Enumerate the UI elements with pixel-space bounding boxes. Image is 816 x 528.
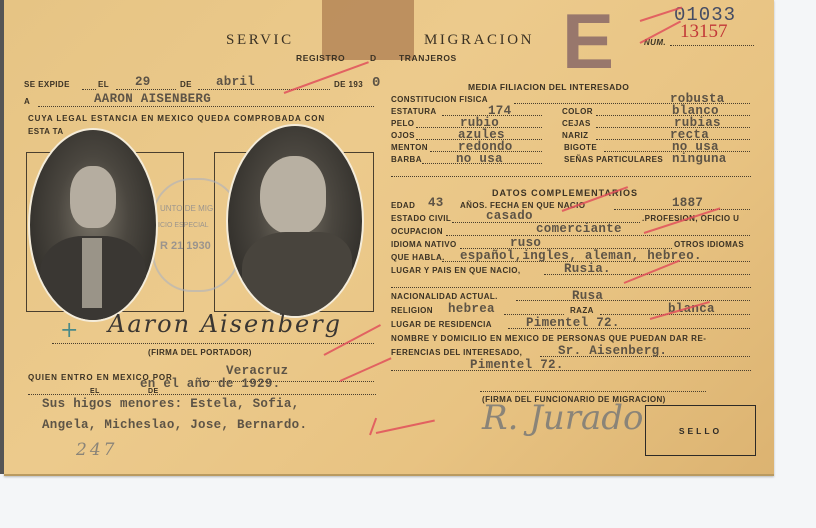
- constitucion-label: CONSTITUCION FISICA: [391, 95, 488, 104]
- nacio-value: 1887: [672, 196, 703, 210]
- holder-signature: Aaron Aisenberg: [108, 310, 342, 338]
- color-label: COLOR: [562, 107, 593, 116]
- de-label: DE: [180, 80, 192, 89]
- tape-patch: [322, 0, 414, 60]
- bigote-label: BIGOTE: [564, 143, 597, 152]
- immigration-registration-card: SERVIC MIGRACION REGISTRO D TRANJEROS E …: [4, 0, 774, 476]
- edad-value: 43: [428, 196, 444, 210]
- cejas-label: CEJAS: [562, 119, 591, 128]
- children-line-2: Angela, Micheslao, Jose, Bernardo.: [42, 418, 307, 432]
- nacionalidad-label: NACIONALIDAD ACTUAL.: [391, 292, 498, 301]
- a-label: A: [24, 97, 30, 106]
- referencia-nombre: Sr. Aisenberg.: [558, 344, 667, 358]
- raza-value: blanca: [668, 302, 715, 316]
- referencias-label-1: NOMBRE Y DOMICILIO EN MEXICO DE PERSONAS…: [391, 334, 706, 343]
- issue-year-digit: 0: [372, 75, 381, 91]
- referencia-domicilio: Pimentel 72.: [470, 358, 564, 372]
- entry-date: en el año de 1929.: [140, 377, 280, 391]
- year-label: DE 193: [334, 80, 363, 89]
- card-title-right: MIGRACION: [424, 32, 534, 49]
- religion-label: RELIGION: [391, 306, 433, 315]
- se-expide-label: SE EXPIDE: [24, 80, 70, 89]
- barba-value: no usa: [456, 152, 503, 166]
- residencia-value: Pimentel 72.: [526, 316, 620, 330]
- card-subtitle-left: REGISTRO: [296, 53, 345, 63]
- que-habla-label: QUE HABLA.: [391, 253, 445, 262]
- lugar-nacio-value: Rusia.: [564, 262, 611, 276]
- holder-name: AARON AISENBERG: [94, 92, 211, 106]
- pelo-label: PELO: [391, 119, 414, 128]
- el-label: EL: [98, 80, 109, 89]
- issue-month: abril: [216, 75, 255, 89]
- edad-label: EDAD: [391, 201, 415, 210]
- estado-civil-label: ESTADO CIVIL: [391, 214, 451, 223]
- idioma-nativo-value: ruso: [510, 236, 541, 250]
- nacionalidad-value: Rusa: [572, 289, 603, 303]
- card-subtitle-mid: D: [370, 53, 377, 63]
- otros-idiomas-label: OTROS IDIOMAS: [674, 240, 744, 249]
- ocupacion-value: comerciante: [536, 222, 622, 236]
- referencias-label-2: FERENCIAS DEL INTERESADO,: [391, 348, 522, 357]
- religion-value: hebrea: [448, 302, 495, 316]
- estado-civil-value: casado: [486, 209, 533, 223]
- pencil-file-number: 247: [76, 440, 117, 460]
- senas-value: ninguna: [672, 152, 727, 166]
- media-filiacion-heading: MEDIA FILIACION DEL INTERESADO: [468, 82, 629, 92]
- residencia-label: LUGAR DE RESIDENCIA: [391, 320, 492, 329]
- photo-profile-portrait: [226, 124, 364, 318]
- senas-label: SEÑAS PARTICULARES: [564, 155, 663, 164]
- esta-tarjeta-text: ESTA TA: [28, 127, 64, 136]
- cross-mark: +: [60, 318, 78, 343]
- photo-front-portrait: [28, 128, 158, 322]
- sello-box: SELLO: [645, 405, 756, 456]
- card-subtitle-right: TRANJEROS: [399, 53, 457, 63]
- children-line-1: Sus higos menores: Estela, Sofia,: [42, 397, 299, 411]
- lugar-nacio-label: LUGAR Y PAIS EN QUE NACIO,: [391, 266, 521, 275]
- estatura-label: ESTATURA: [391, 107, 437, 116]
- menton-label: MENTON: [391, 143, 428, 152]
- barba-label: BARBA: [391, 155, 422, 164]
- issue-day: 29: [135, 75, 151, 89]
- firma-portador-label: (FIRMA DEL PORTADOR): [148, 348, 252, 357]
- idioma-nativo-label: IDIOMA NATIVO: [391, 240, 457, 249]
- serial-number-red: 13157: [680, 21, 728, 43]
- nariz-label: NARIZ: [562, 131, 588, 140]
- card-title-left: SERVIC: [226, 32, 294, 49]
- category-stamp-letter: E: [562, 2, 614, 80]
- ojos-label: OJOS: [391, 131, 415, 140]
- legal-stay-text: CUYA LEGAL ESTANCIA EN MEXICO QUEDA COMP…: [28, 114, 325, 123]
- ocupacion-label: OCUPACION: [391, 227, 443, 236]
- officer-signature: R. Jurado: [482, 398, 644, 438]
- entry-port: Veracruz: [226, 364, 288, 378]
- raza-label: RAZA: [570, 306, 594, 315]
- otros-idiomas-value: español,ingles, aleman, hebreo.: [460, 249, 702, 263]
